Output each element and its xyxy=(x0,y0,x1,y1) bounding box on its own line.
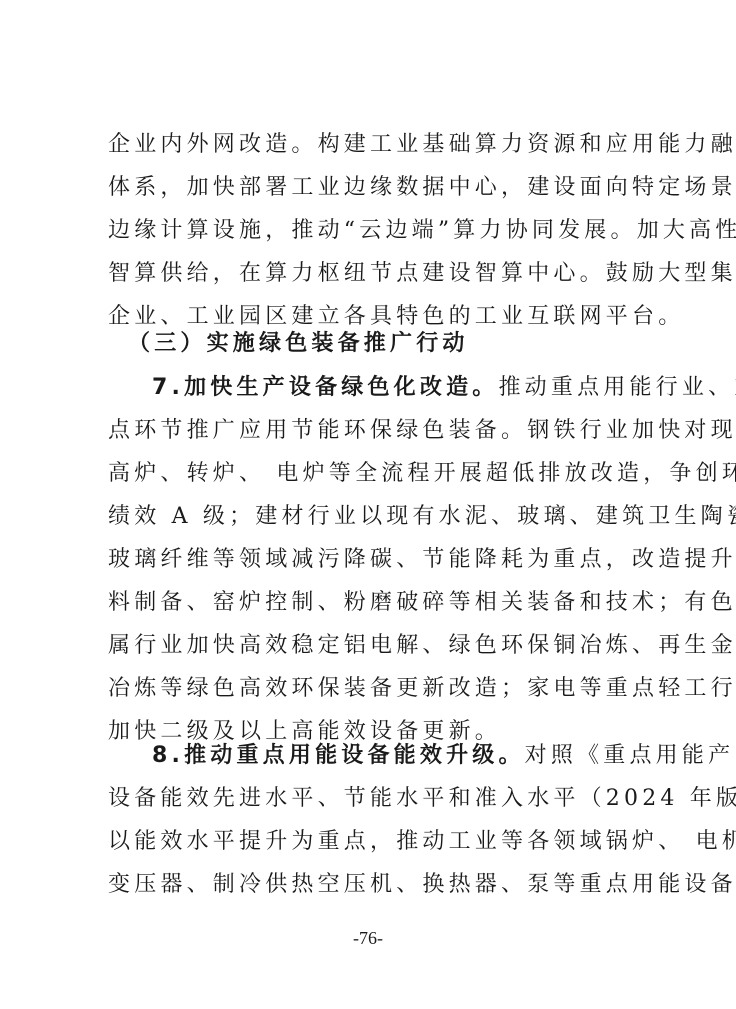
paragraph-line: 料制备、窑炉控制、粉磨破碎等相关装备和技术；有色金 xyxy=(108,590,640,616)
item-7-first-line: 7.加快生产设备绿色化改造。推动重点用能行业、重 xyxy=(108,375,640,401)
paragraph-line: 体系，加快部署工业边缘数据中心，建设面向特定场景的 xyxy=(108,175,640,201)
paragraph-line: 玻璃纤维等领域减污降碳、节能降耗为重点，改造提升原 xyxy=(108,547,640,573)
paragraph-line: 属行业加快高效稳定铝电解、绿色环保铜冶炼、再生金属 xyxy=(108,633,640,659)
paragraph-line: 点环节推广应用节能环保绿色装备。钢铁行业加快对现有 xyxy=(108,418,640,444)
paragraph-line: 企业内外网改造。构建工业基础算力资源和应用能力融合 xyxy=(108,132,640,158)
page-number: -76- xyxy=(0,928,736,949)
section-heading: （三）实施绿色装备推广行动 xyxy=(108,331,660,357)
paragraph-line: 智算供给，在算力枢纽节点建设智算中心。鼓励大型集团 xyxy=(108,261,640,287)
item-8-first-line: 8.推动重点用能设备能效升级。对照《重点用能产品 xyxy=(108,743,640,769)
paragraph-line: 绩效 A 级；建材行业以现有水泥、玻璃、建筑卫生陶瓷、 xyxy=(108,504,640,530)
paragraph-line: 以能效水平提升为重点，推动工业等各领域锅炉、 电机、 xyxy=(108,829,640,855)
item-7-title: 7.加快生产设备绿色化改造。 xyxy=(152,375,498,400)
paragraph-line: 冶炼等绿色高效环保装备更新改造；家电等重点轻工行业 xyxy=(108,676,640,702)
paragraph-line: 高炉、转炉、 电炉等全流程开展超低排放改造，争创环保 xyxy=(108,461,640,487)
paragraph-line: 企业、工业园区建立各具特色的工业互联网平台。 xyxy=(108,304,640,330)
item-8-title: 8.推动重点用能设备能效升级。 xyxy=(152,743,525,768)
paragraph-line: 加快二级及以上高能效设备更新。 xyxy=(108,719,640,745)
paragraph-line: 边缘计算设施，推动“云边端”算力协同发展。加大高性能 xyxy=(108,218,640,244)
paragraph-line: 变压器、制冷供热空压机、换热器、泵等重点用能设备更 xyxy=(108,872,640,898)
item-7-text: 推动重点用能行业、重 xyxy=(498,375,736,400)
paragraph-line: 设备能效先进水平、节能水平和准入水平（2024 年版）》， xyxy=(108,786,640,812)
item-8-text: 对照《重点用能产品 xyxy=(525,743,736,768)
